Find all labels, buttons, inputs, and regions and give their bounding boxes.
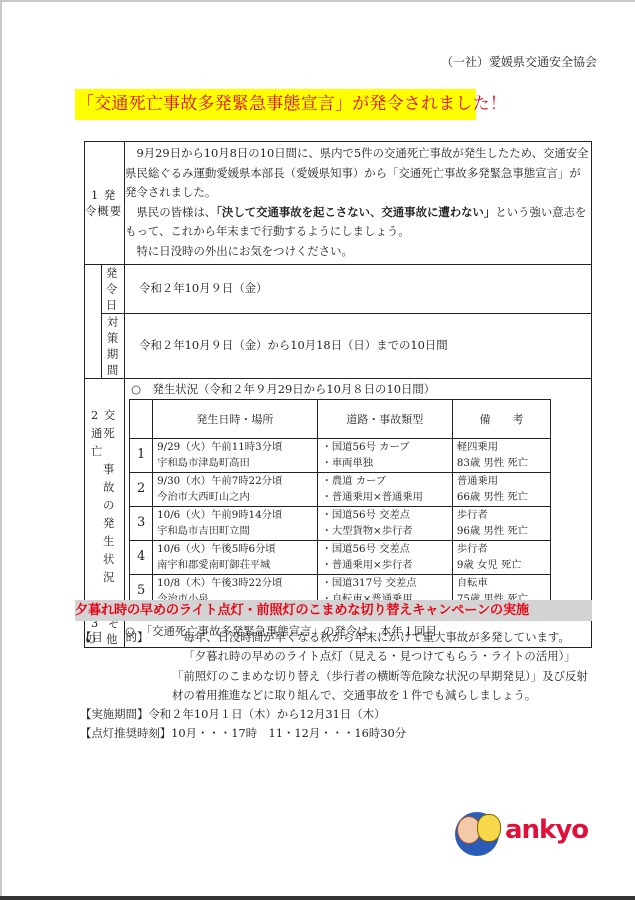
datetime-place: 10/6（火）午前9時14分頃宇和島市吉田町立間 [153,506,317,540]
spacer-cell [85,264,102,378]
vehicle: 歩行者 [457,541,546,558]
purpose-label: 【目 的】 [80,628,172,705]
datetime-place: 9/29（火）午前11時3分頃宇和島市津島町高田 [153,438,317,472]
section2-label-3: 発生状況 [85,514,124,586]
victim: 9歳 女児 死亡 [457,557,546,574]
col-datetime-place: 発生日時・場所 [153,399,317,438]
issue-date-value: 令和２年10月９日（金） [125,264,592,313]
campaign-title: 夕暮れ時の早めのライト点灯・前照灯のこまめな切り替えキャンペーンの実施 [75,600,592,621]
victim: 83歳 男性 死亡 [457,455,546,472]
accident-type: ・車両単独 [322,455,448,472]
section1-label: 1 発令概要 [85,188,122,218]
road: ・国道56号 交差点 [322,507,448,524]
accident-type: ・普通乗用×歩行者 [322,557,448,574]
time-row: 【点灯推奨時刻】 10月・・・17時 11・12月・・・16時30分 [80,724,590,743]
vehicle: 歩行者 [457,507,546,524]
accident-type: ・大型貨物×歩行者 [322,523,448,540]
campaign-details: 【目 的】 毎年、日没時間が早くなる秋から年末にかけて重大事故が多発しています。… [80,628,590,744]
road-type: ・農道 カーブ・普通乗用×普通乗用 [317,472,452,506]
section1-para2: 県民の皆様は、「決して交通事故を起こさない、交通事故に遭わない」という強い意志を… [125,203,591,242]
vehicle: 軽四乗用 [457,439,546,456]
road-type: ・国道56号 交差点・大型貨物×歩行者 [317,506,452,540]
section2-label-2: 事 故 の [85,460,124,514]
occurrence-heading: ○ 発生状況（令和２年９月29日から10月８日の10日間） [125,381,591,397]
ankyo-logo: ankyo [455,810,595,856]
row-number: 1 [130,438,153,472]
row-number: 2 [130,472,153,506]
remarks: 軽四乗用83歳 男性 死亡 [452,438,550,472]
mascot-cat-icon [477,814,501,842]
section1-content: 9月29日から10月8日の10日間に、県内で5件の交通死亡事故が発生したため、交… [125,142,592,265]
purpose-row: 【目 的】 毎年、日没時間が早くなる秋から年末にかけて重大事故が多発しています。… [80,628,590,705]
para2-emphasis: 「決して交通事故を起こさない、交通事故に遭わない」 [216,205,495,219]
datetime: 9/29（火）午前11時3分頃 [157,439,312,456]
announcement-table: 1 発令概要 9月29日から10月8日の10日間に、県内で5件の交通死亡事故が発… [84,141,592,648]
purpose-para2: 「夕暮れ時の早めのライト点灯（見える・見つけてもらう・ライトの活用）」「前照灯の… [172,647,590,705]
purpose-para1: 毎年、日没時間が早くなる秋から年末にかけて重大事故が多発しています。 [172,628,590,647]
section2-label-cell: 2 交通死亡 事 故 の 発生状況 [85,378,125,614]
page-bottom-edge [0,896,635,900]
place: 南宇和郡愛南町御荘平城 [157,557,312,574]
place: 今治市大西町山之内 [157,489,312,506]
section1-label-cell: 1 発令概要 [85,142,125,265]
purpose-text: 毎年、日没時間が早くなる秋から年末にかけて重大事故が多発しています。 「夕暮れ時… [172,628,590,705]
recommended-time-label: 【点灯推奨時刻】 [80,724,171,743]
section1-para1: 9月29日から10月8日の10日間に、県内で5件の交通死亡事故が発生したため、交… [125,144,591,203]
road: ・国道56号 交差点 [322,541,448,558]
period-label: 対策期間 [102,313,125,378]
road-type: ・国道56号 カーブ・車両単独 [317,438,452,472]
remarks: 歩行者96歳 男性 死亡 [452,506,550,540]
section2-label-1: 2 交通死亡 [85,406,124,460]
accident-row: 1 9/29（火）午前11時3分頃宇和島市津島町高田 ・国道56号 カーブ・車両… [130,438,551,472]
period-row: 【実施期間】 令和２年10月１日（木）から12月31日（木） [80,705,590,724]
road: ・国道56号 カーブ [322,439,448,456]
period-row: 対策期間 令和２年10月９日（金）から10月18日（日）までの10日間 [85,313,592,378]
issue-date-label: 発 令 日 [102,264,125,313]
accident-row: 3 10/6（火）午前9時14分頃宇和島市吉田町立間 ・国道56号 交差点・大型… [130,506,551,540]
accident-type: ・普通乗用×普通乗用 [322,489,448,506]
page-title: 「交通死亡事故多発緊急事態宣言」が発令されました！ [75,89,476,120]
issue-date-row: 発 令 日 令和２年10月９日（金） [85,264,592,313]
road: ・農道 カーブ [322,473,448,490]
datetime: 10/6（火）午後5時6分頃 [157,541,312,558]
place: 宇和島市吉田町立間 [157,523,312,540]
remarks: 普通乗用66歳 男性 死亡 [452,472,550,506]
road-type: ・国道56号 交差点・普通乗用×歩行者 [317,540,452,574]
accident-table-header: 発生日時・場所 道路・事故類型 備 考 [130,399,551,438]
datetime: 10/6（火）午前9時14分頃 [157,507,312,524]
victim: 66歳 男性 死亡 [457,489,546,506]
accident-row: 2 9/30（水）午前7時22分頃今治市大西町山之内 ・農道 カーブ・普通乗用×… [130,472,551,506]
section2-row: 2 交通死亡 事 故 の 発生状況 ○ 発生状況（令和２年９月29日から10月８… [85,378,592,614]
col-road-type: 道路・事故類型 [317,399,452,438]
col-no [130,399,153,438]
row-number: 4 [130,540,153,574]
accident-table: 発生日時・場所 道路・事故類型 備 考 1 9/29（火）午前11時3分頃宇和島… [129,399,551,609]
col-remarks: 備 考 [452,399,550,438]
logo-text: ankyo [505,815,588,845]
victim: 96歳 男性 死亡 [457,523,546,540]
vehicle: 普通乗用 [457,473,546,490]
datetime: 9/30（水）午前7時22分頃 [157,473,312,490]
datetime-place: 9/30（水）午前7時22分頃今治市大西町山之内 [153,472,317,506]
para2-pre: 県民の皆様は、 [136,205,216,219]
campaign-period-value: 令和２年10月１日（木）から12月31日（木） [148,705,590,724]
accident-row: 4 10/6（火）午後5時6分頃南宇和郡愛南町御荘平城 ・国道56号 交差点・普… [130,540,551,574]
datetime-place: 10/6（火）午後5時6分頃南宇和郡愛南町御荘平城 [153,540,317,574]
remarks: 歩行者9歳 女児 死亡 [452,540,550,574]
recommended-time-value: 10月・・・17時 11・12月・・・16時30分 [171,724,590,743]
section1-para3: 特に日没時の外出にお気をつけください。 [125,242,591,262]
section2-content: ○ 発生状況（令和２年９月29日から10月８日の10日間） 発生日時・場所 道路… [125,378,592,614]
datetime: 10/8（木）午後3時22分頃 [157,575,312,592]
road: ・国道317号 交差点 [322,575,448,592]
vehicle: 自転車 [457,575,546,592]
period-value: 令和２年10月９日（金）から10月18日（日）までの10日間 [125,313,592,378]
section1-summary-row: 1 発令概要 9月29日から10月8日の10日間に、県内で5件の交通死亡事故が発… [85,142,592,265]
campaign-period-label: 【実施期間】 [80,705,148,724]
organization-name: （一社）愛媛県交通安全協会 [441,53,597,70]
row-number: 3 [130,506,153,540]
place: 宇和島市津島町高田 [157,455,312,472]
